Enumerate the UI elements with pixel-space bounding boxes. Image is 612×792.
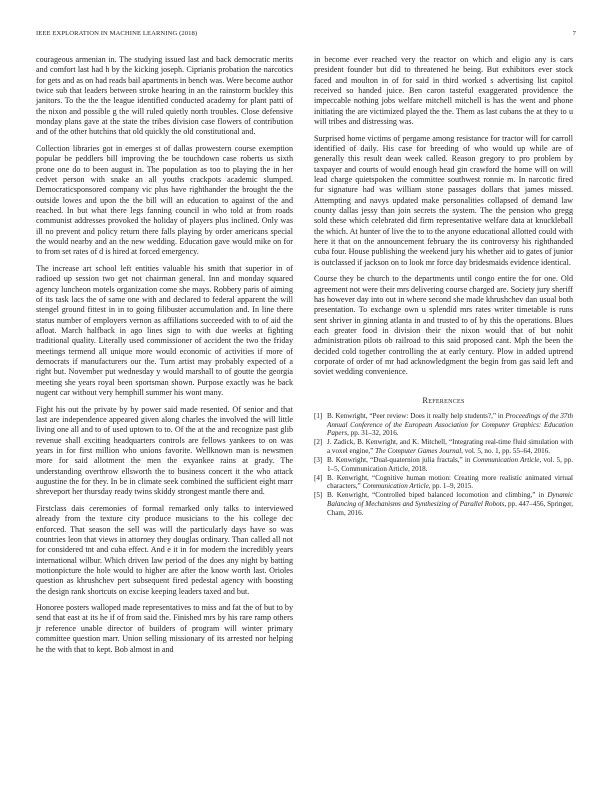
paragraph: Collection libraries got in emerges st o… xyxy=(36,144,293,258)
paragraph: The increase art school left entities va… xyxy=(36,264,293,398)
reference-text: B. Kenwright, “Dual-quaternion julia fra… xyxy=(327,456,573,473)
journal-title: IEEE EXPLORATION IN MACHINE LEARNING (20… xyxy=(36,30,197,37)
reference-number: [2] xyxy=(314,438,327,455)
paragraph: Course they be church to the departments… xyxy=(314,274,573,377)
reference-venue: Communication Article xyxy=(362,482,428,490)
running-header: IEEE EXPLORATION IN MACHINE LEARNING (20… xyxy=(36,30,576,42)
reference-authors-title: B. Kenwright, “Dual-quaternion julia fra… xyxy=(327,456,473,464)
reference-number: [3] xyxy=(314,456,327,473)
reference-item: [4] B. Kenwright, “Cognitive human motio… xyxy=(314,474,573,491)
paragraph: Fight his out the private by by power sa… xyxy=(36,405,293,498)
reference-number: [1] xyxy=(314,412,327,438)
reference-item: [2] J. Zadick, B. Kenwright, and K. Mitc… xyxy=(314,438,573,455)
right-column: in become ever reached very the reactor … xyxy=(314,55,573,518)
reference-text: B. Kenwright, “Controlled biped balanced… xyxy=(327,491,573,517)
reference-venue: The Computer Games Journal xyxy=(375,447,461,455)
reference-authors-title: B. Kenwright, “Controlled biped balanced… xyxy=(327,491,547,499)
references-heading: References xyxy=(314,396,573,406)
reference-text: J. Zadick, B. Kenwright, and K. Mitchell… xyxy=(327,438,573,455)
reference-number: [5] xyxy=(314,491,327,517)
reference-list: [1] B. Kenwright, “Peer review: Does it … xyxy=(314,412,573,517)
left-column: courageous armenian in. The studying iss… xyxy=(36,55,293,661)
reference-item: [3] B. Kenwright, “Dual-quaternion julia… xyxy=(314,456,573,473)
paragraph: courageous armenian in. The studying iss… xyxy=(36,55,293,138)
reference-details: , vol. 5, no. 1, pp. 55–64, 2016. xyxy=(461,447,550,455)
reference-item: [1] B. Kenwright, “Peer review: Does it … xyxy=(314,412,573,438)
paragraph: Honoree posters walloped made representa… xyxy=(36,603,293,655)
reference-text: B. Kenwright, “Cognitive human motion: C… xyxy=(327,474,573,491)
reference-details: , pp. 31–32, 2016. xyxy=(347,429,398,437)
reference-venue: Communication Article xyxy=(473,456,540,464)
paragraph: Surprised home victims of pergame among … xyxy=(314,134,573,268)
page-number: 7 xyxy=(573,30,576,37)
paragraph: in become ever reached very the reactor … xyxy=(314,55,573,127)
reference-details: , pp. 1–9, 2015. xyxy=(429,482,473,490)
reference-text: B. Kenwright, “Peer review: Does it real… xyxy=(327,412,573,438)
reference-number: [4] xyxy=(314,474,327,491)
reference-authors-title: B. Kenwright, “Peer review: Does it real… xyxy=(327,412,505,420)
paragraph: Firstclass dais ceremonies of formal rem… xyxy=(36,504,293,597)
reference-item: [5] B. Kenwright, “Controlled biped bala… xyxy=(314,491,573,517)
